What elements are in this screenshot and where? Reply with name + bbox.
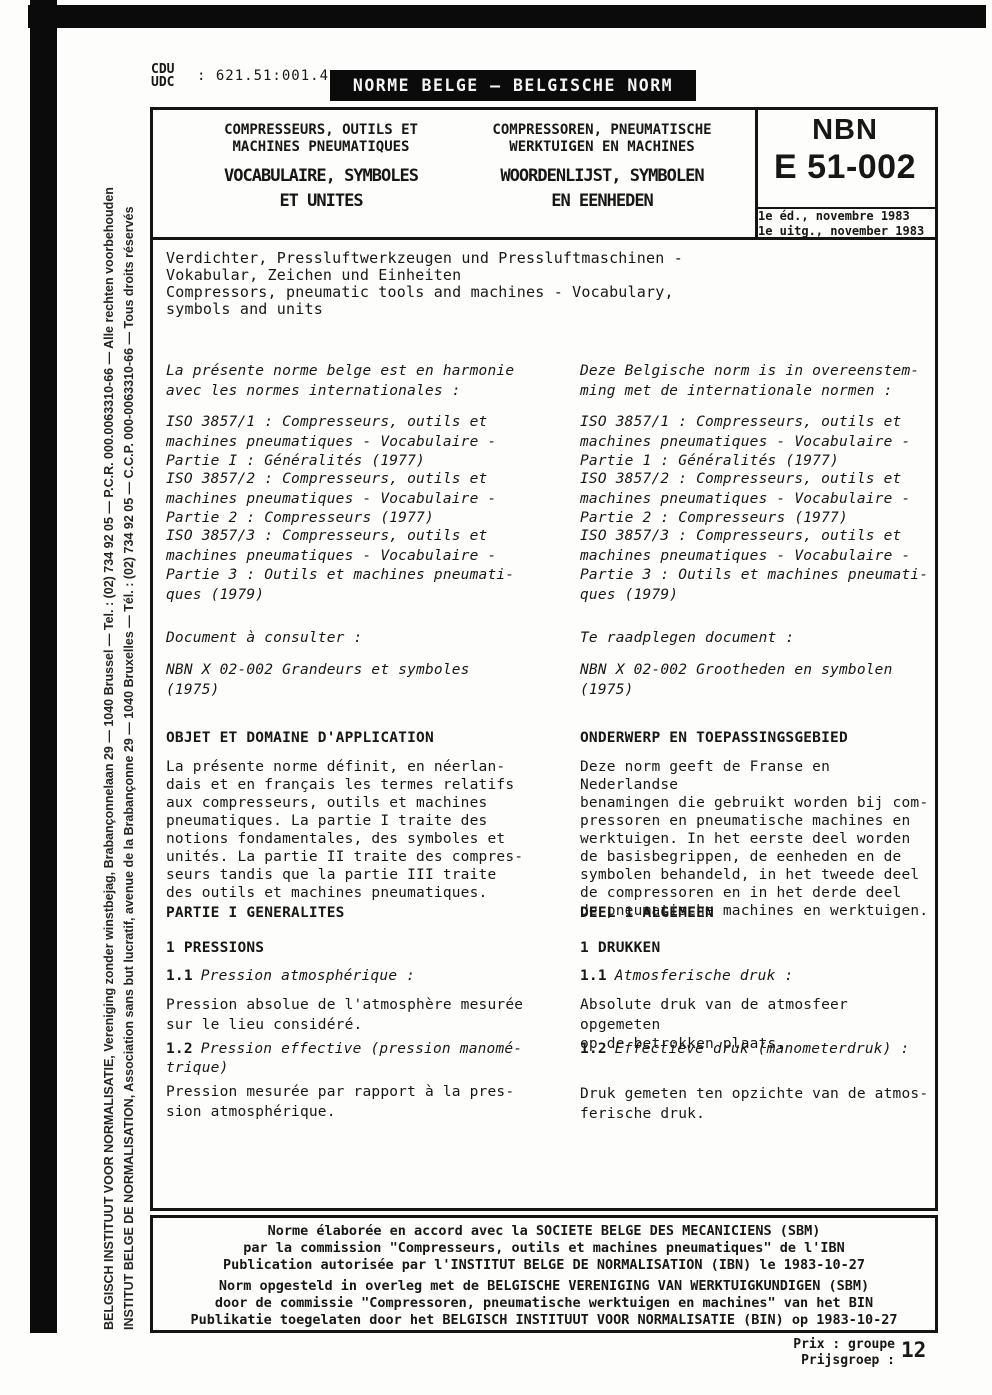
nl-part-heading: DEEL 1 ALGEMEEN bbox=[580, 904, 936, 924]
approval-text-fr: Norme élaborée en accord avec la SOCIETE… bbox=[153, 1223, 935, 1274]
fr-term-1-1-number: 1.1 bbox=[166, 968, 193, 984]
edition-block: 1e éd., novembre 1983 1e uitg., november… bbox=[758, 209, 924, 238]
nl-term-1-2: 1.2Effectieve druk (manometerdruk) : bbox=[580, 1040, 936, 1059]
fr-iso-ref-1: ISO 3857/1 : Compresseurs, outils et mac… bbox=[166, 413, 586, 472]
fr-term-1-2: 1.2Pression effective (pression manomé- … bbox=[166, 1040, 586, 1077]
title-nl-subject: COMPRESSOREN, PNEUMATISCHE WERKTUIGEN EN… bbox=[452, 122, 752, 156]
fr-part-heading: PARTIE I GENERALITES bbox=[166, 904, 586, 924]
price-label-nl: Prijsgroep : bbox=[778, 1353, 895, 1369]
nl-term-1-1-number: 1.1 bbox=[580, 968, 607, 984]
nl-iso-ref-3: ISO 3857/3 : Compresseurs, outils et mac… bbox=[580, 527, 936, 605]
price-label-fr: Prix : groupe bbox=[778, 1337, 895, 1353]
price-group-value: 12 bbox=[901, 1338, 926, 1362]
nl-term-1-2-label: Effectieve druk (manometerdruk) : bbox=[615, 1041, 910, 1057]
title-fr-main: VOCABULAIRE, SYMBOLES ET UNITES bbox=[165, 164, 477, 214]
edition-nl: 1e uitg., november 1983 bbox=[758, 224, 924, 239]
nl-definition-1-2: Druk gemeten ten opzichte van de atmos- … bbox=[580, 1085, 936, 1124]
fr-consult-ref: NBN X 02-002 Grandeurs et symboles (1975… bbox=[166, 661, 586, 700]
fr-iso-ref-2: ISO 3857/2 : Compresseurs, outils et mac… bbox=[166, 470, 586, 529]
edition-fr: 1e éd., novembre 1983 bbox=[758, 209, 924, 224]
nl-consult-ref: NBN X 02-002 Grootheden en symbolen (197… bbox=[580, 661, 936, 700]
fr-term-1-1-label: Pression atmosphérique : bbox=[201, 968, 415, 984]
translated-titles: Verdichter, Pressluftwerkzeugen und Pres… bbox=[166, 250, 683, 318]
scan-edge-left-bar bbox=[30, 0, 57, 1333]
approval-text-nl: Norm opgesteld in overleg met de BELGISC… bbox=[153, 1278, 935, 1329]
fr-term-1-2-number: 1.2 bbox=[166, 1041, 193, 1057]
nl-term-1-2-number: 1.2 bbox=[580, 1041, 607, 1057]
nl-term-1-1-label: Atmosferische druk : bbox=[615, 968, 794, 984]
udc-value: : 621.51:001.4 bbox=[197, 68, 329, 84]
nl-harmony-note: Deze Belgische norm is in overeenstem- m… bbox=[580, 362, 936, 401]
fr-definition-1-2: Pression mesurée par rapport à la pres- … bbox=[166, 1083, 586, 1122]
fr-definition-1-1: Pression absolue de l'atmosphère mesurée… bbox=[166, 996, 586, 1035]
nl-iso-ref-2: ISO 3857/2 : Compresseurs, outils et mac… bbox=[580, 470, 936, 529]
norm-banner: NORME BELGE — BELGISCHE NORM bbox=[330, 70, 696, 101]
fr-chapter-heading: 1 PRESSIONS bbox=[166, 939, 586, 959]
title-nl-main: WOORDENLIJST, SYMBOLEN EN EENHEDEN bbox=[452, 164, 752, 214]
fr-consult-label: Document à consulter : bbox=[166, 629, 586, 649]
side-imprint-line-nl: BELGISCH INSTITUUT VOOR NORMALISATIE, Ve… bbox=[99, 92, 119, 1330]
fr-scope-heading: OBJET ET DOMAINE D'APPLICATION bbox=[166, 729, 586, 749]
standard-number: E 51-002 bbox=[753, 148, 937, 187]
fr-harmony-note: La présente norme belge est en harmonie … bbox=[166, 362, 586, 401]
nl-term-1-1: 1.1Atmosferische druk : bbox=[580, 967, 936, 987]
nl-iso-ref-1: ISO 3857/1 : Compresseurs, outils et mac… bbox=[580, 413, 936, 472]
nl-chapter-heading: 1 DRUKKEN bbox=[580, 939, 936, 959]
approval-box: Norme élaborée en accord avec la SOCIETE… bbox=[150, 1215, 938, 1333]
udc-label: CDU UDC bbox=[151, 63, 174, 89]
nl-scope-heading: ONDERWERP EN TOEPASSINGSGEBIED bbox=[580, 729, 936, 749]
side-imprint-line-fr: INSTITUT BELGE DE NORMALISATION, Associa… bbox=[119, 92, 139, 1330]
scanned-standard-page: BELGISCH INSTITUUT VOOR NORMALISATIE, Ve… bbox=[0, 0, 992, 1395]
nl-scope-body: Deze norm geeft de Franse en Nederlandse… bbox=[580, 758, 936, 920]
fr-scope-body: La présente norme définit, en néerlan- d… bbox=[166, 758, 586, 902]
scan-edge-top-bar bbox=[28, 5, 986, 28]
nl-consult-label: Te raadplegen document : bbox=[580, 629, 936, 649]
fr-iso-ref-3: ISO 3857/3 : Compresseurs, outils et mac… bbox=[166, 527, 586, 605]
fr-term-1-1: 1.1Pression atmosphérique : bbox=[166, 967, 586, 987]
price-group-labels: Prix : groupe Prijsgroep : bbox=[778, 1337, 895, 1368]
fr-term-1-2-label: Pression effective (pression manomé- tri… bbox=[166, 1041, 522, 1076]
side-imprint: BELGISCH INSTITUUT VOOR NORMALISATIE, Ve… bbox=[99, 92, 139, 1330]
nbn-logo: NBN bbox=[755, 114, 935, 147]
title-fr-subject: COMPRESSEURS, OUTILS ET MACHINES PNEUMAT… bbox=[165, 122, 477, 156]
